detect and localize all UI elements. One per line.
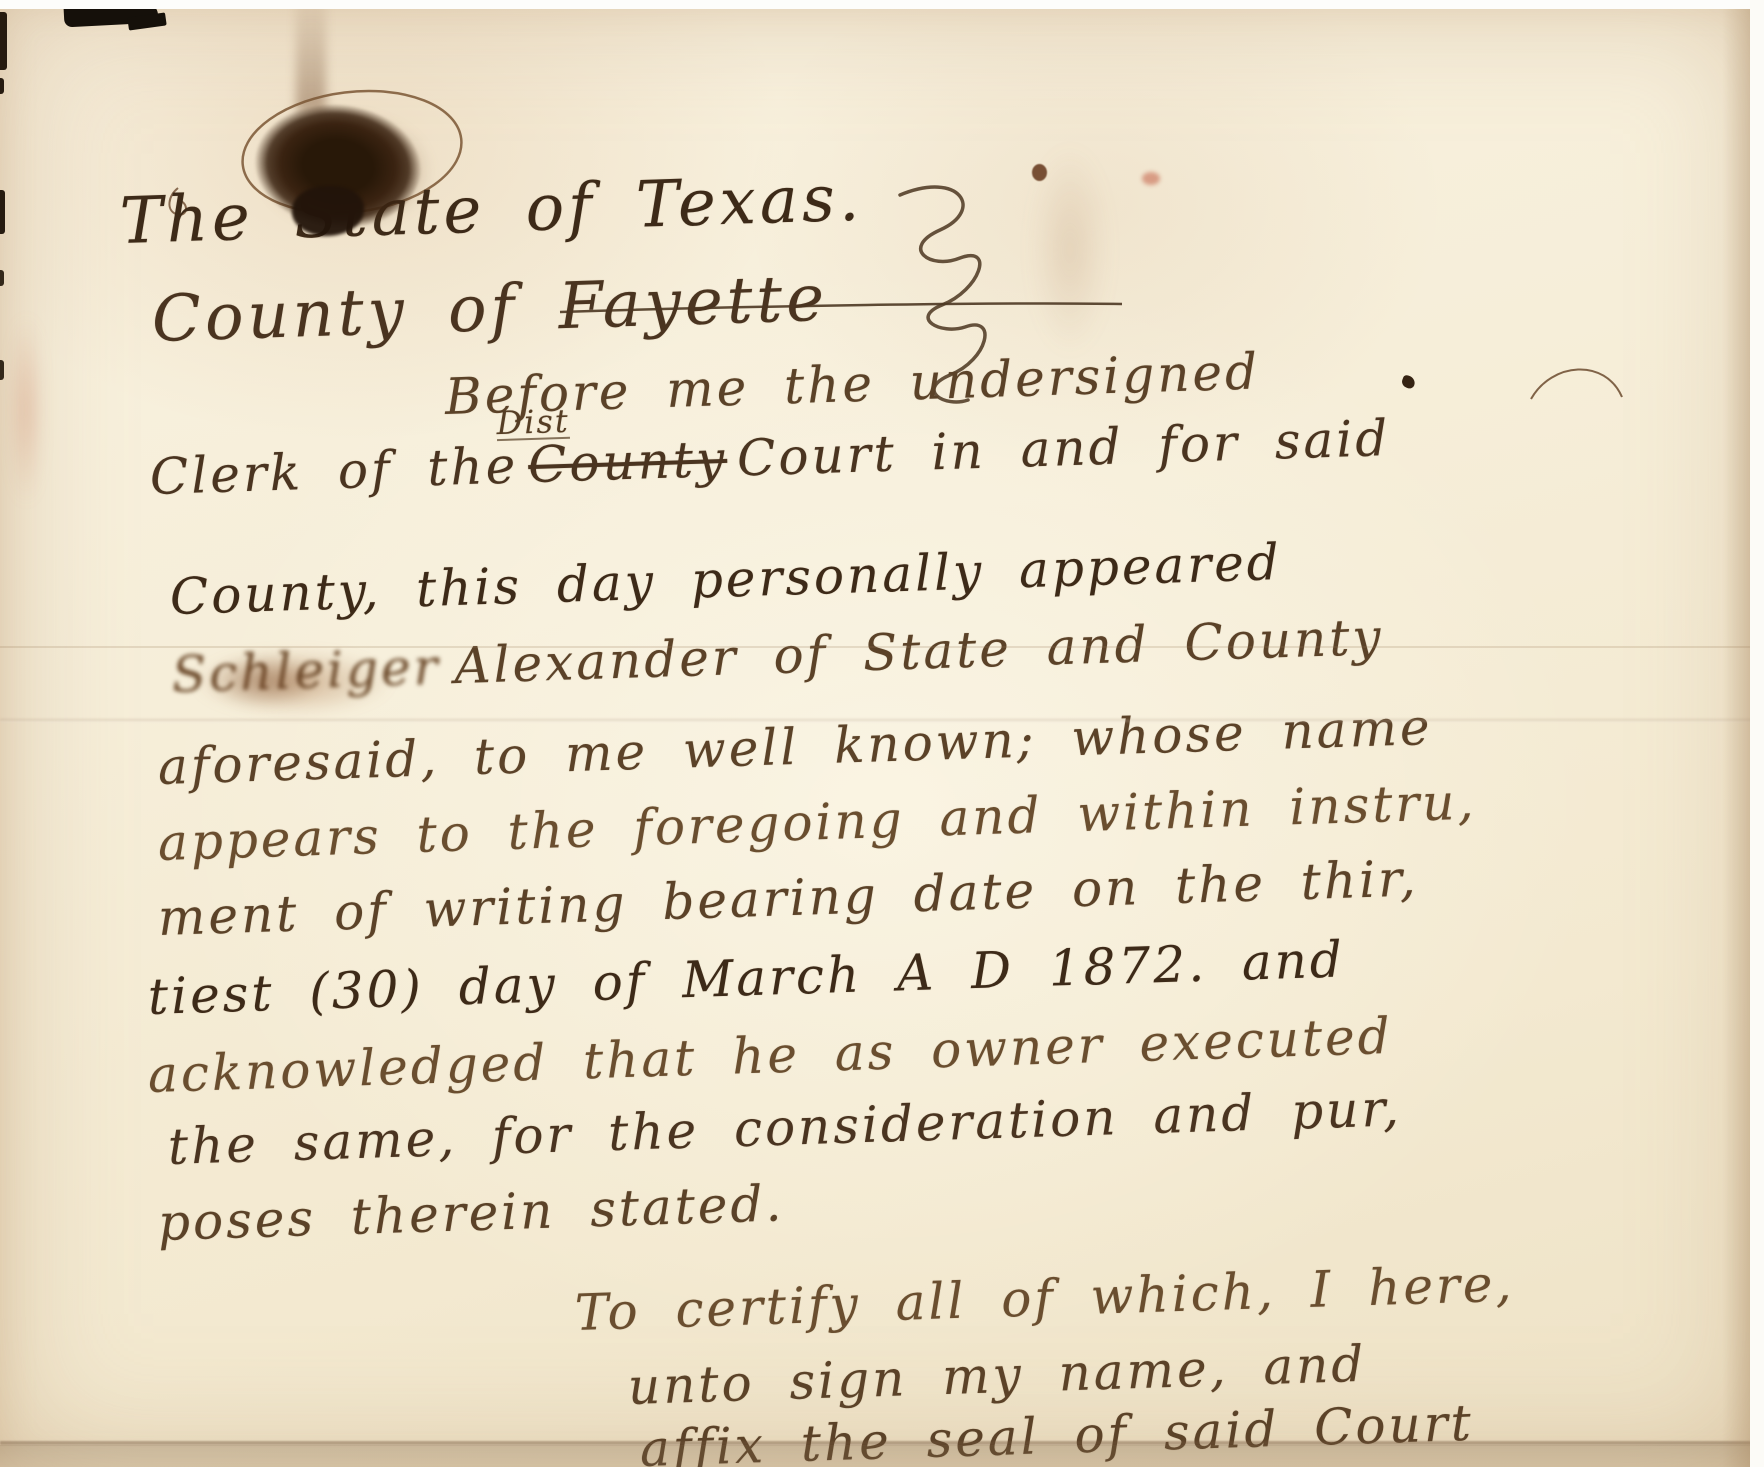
text-line-clerk: Clerk of theCountyDistCourt in and for s… xyxy=(149,413,1391,502)
text-segment: Alexander of State and County xyxy=(453,608,1384,695)
ink-blot-streak xyxy=(296,0,326,112)
scan-background-right xyxy=(1750,0,1764,1467)
text-line-name: SchleigerAlexander of State and County xyxy=(171,612,1384,700)
red-dot-stain xyxy=(1142,172,1160,185)
text-line-certify: To certify all of which, I here, xyxy=(574,1258,1515,1337)
left-edge-mark xyxy=(0,78,4,94)
left-edge-mark xyxy=(0,270,4,286)
red-stain xyxy=(6,290,46,530)
text-segment: Court in and for said xyxy=(736,409,1391,487)
text-line-bearing: ment of writing bearing date on the thir… xyxy=(157,853,1419,943)
paper-edge-shading xyxy=(1722,0,1750,1467)
text-segment: Clerk of the xyxy=(149,436,519,506)
text-line-purposes: poses therein stated. xyxy=(157,1178,785,1248)
heading-county: County of Fayette xyxy=(151,267,829,352)
name-smudge-overlay xyxy=(200,650,330,712)
left-edge-mark xyxy=(0,360,4,380)
text-line-date: tiest (30) day of March A D 1872. and xyxy=(147,934,1345,1022)
scanned-document-page: The State of Texas. County of Fayette Be… xyxy=(0,0,1764,1467)
left-edge-mark xyxy=(0,190,5,234)
bottom-fold-shadow xyxy=(0,1445,1764,1467)
hook-stroke xyxy=(1531,369,1622,399)
ink-speck xyxy=(1400,374,1416,390)
text-line-appeared: County, this day personally appeared xyxy=(169,537,1282,622)
fold-crease xyxy=(0,719,1764,722)
heading-state: The State of Texas. xyxy=(119,167,864,254)
left-edge-mark xyxy=(0,12,7,70)
fold-crease xyxy=(0,646,1764,648)
ink-dot xyxy=(1032,164,1047,181)
inserted-word-dist: Dist xyxy=(496,405,570,441)
scan-background-top xyxy=(0,0,1764,9)
